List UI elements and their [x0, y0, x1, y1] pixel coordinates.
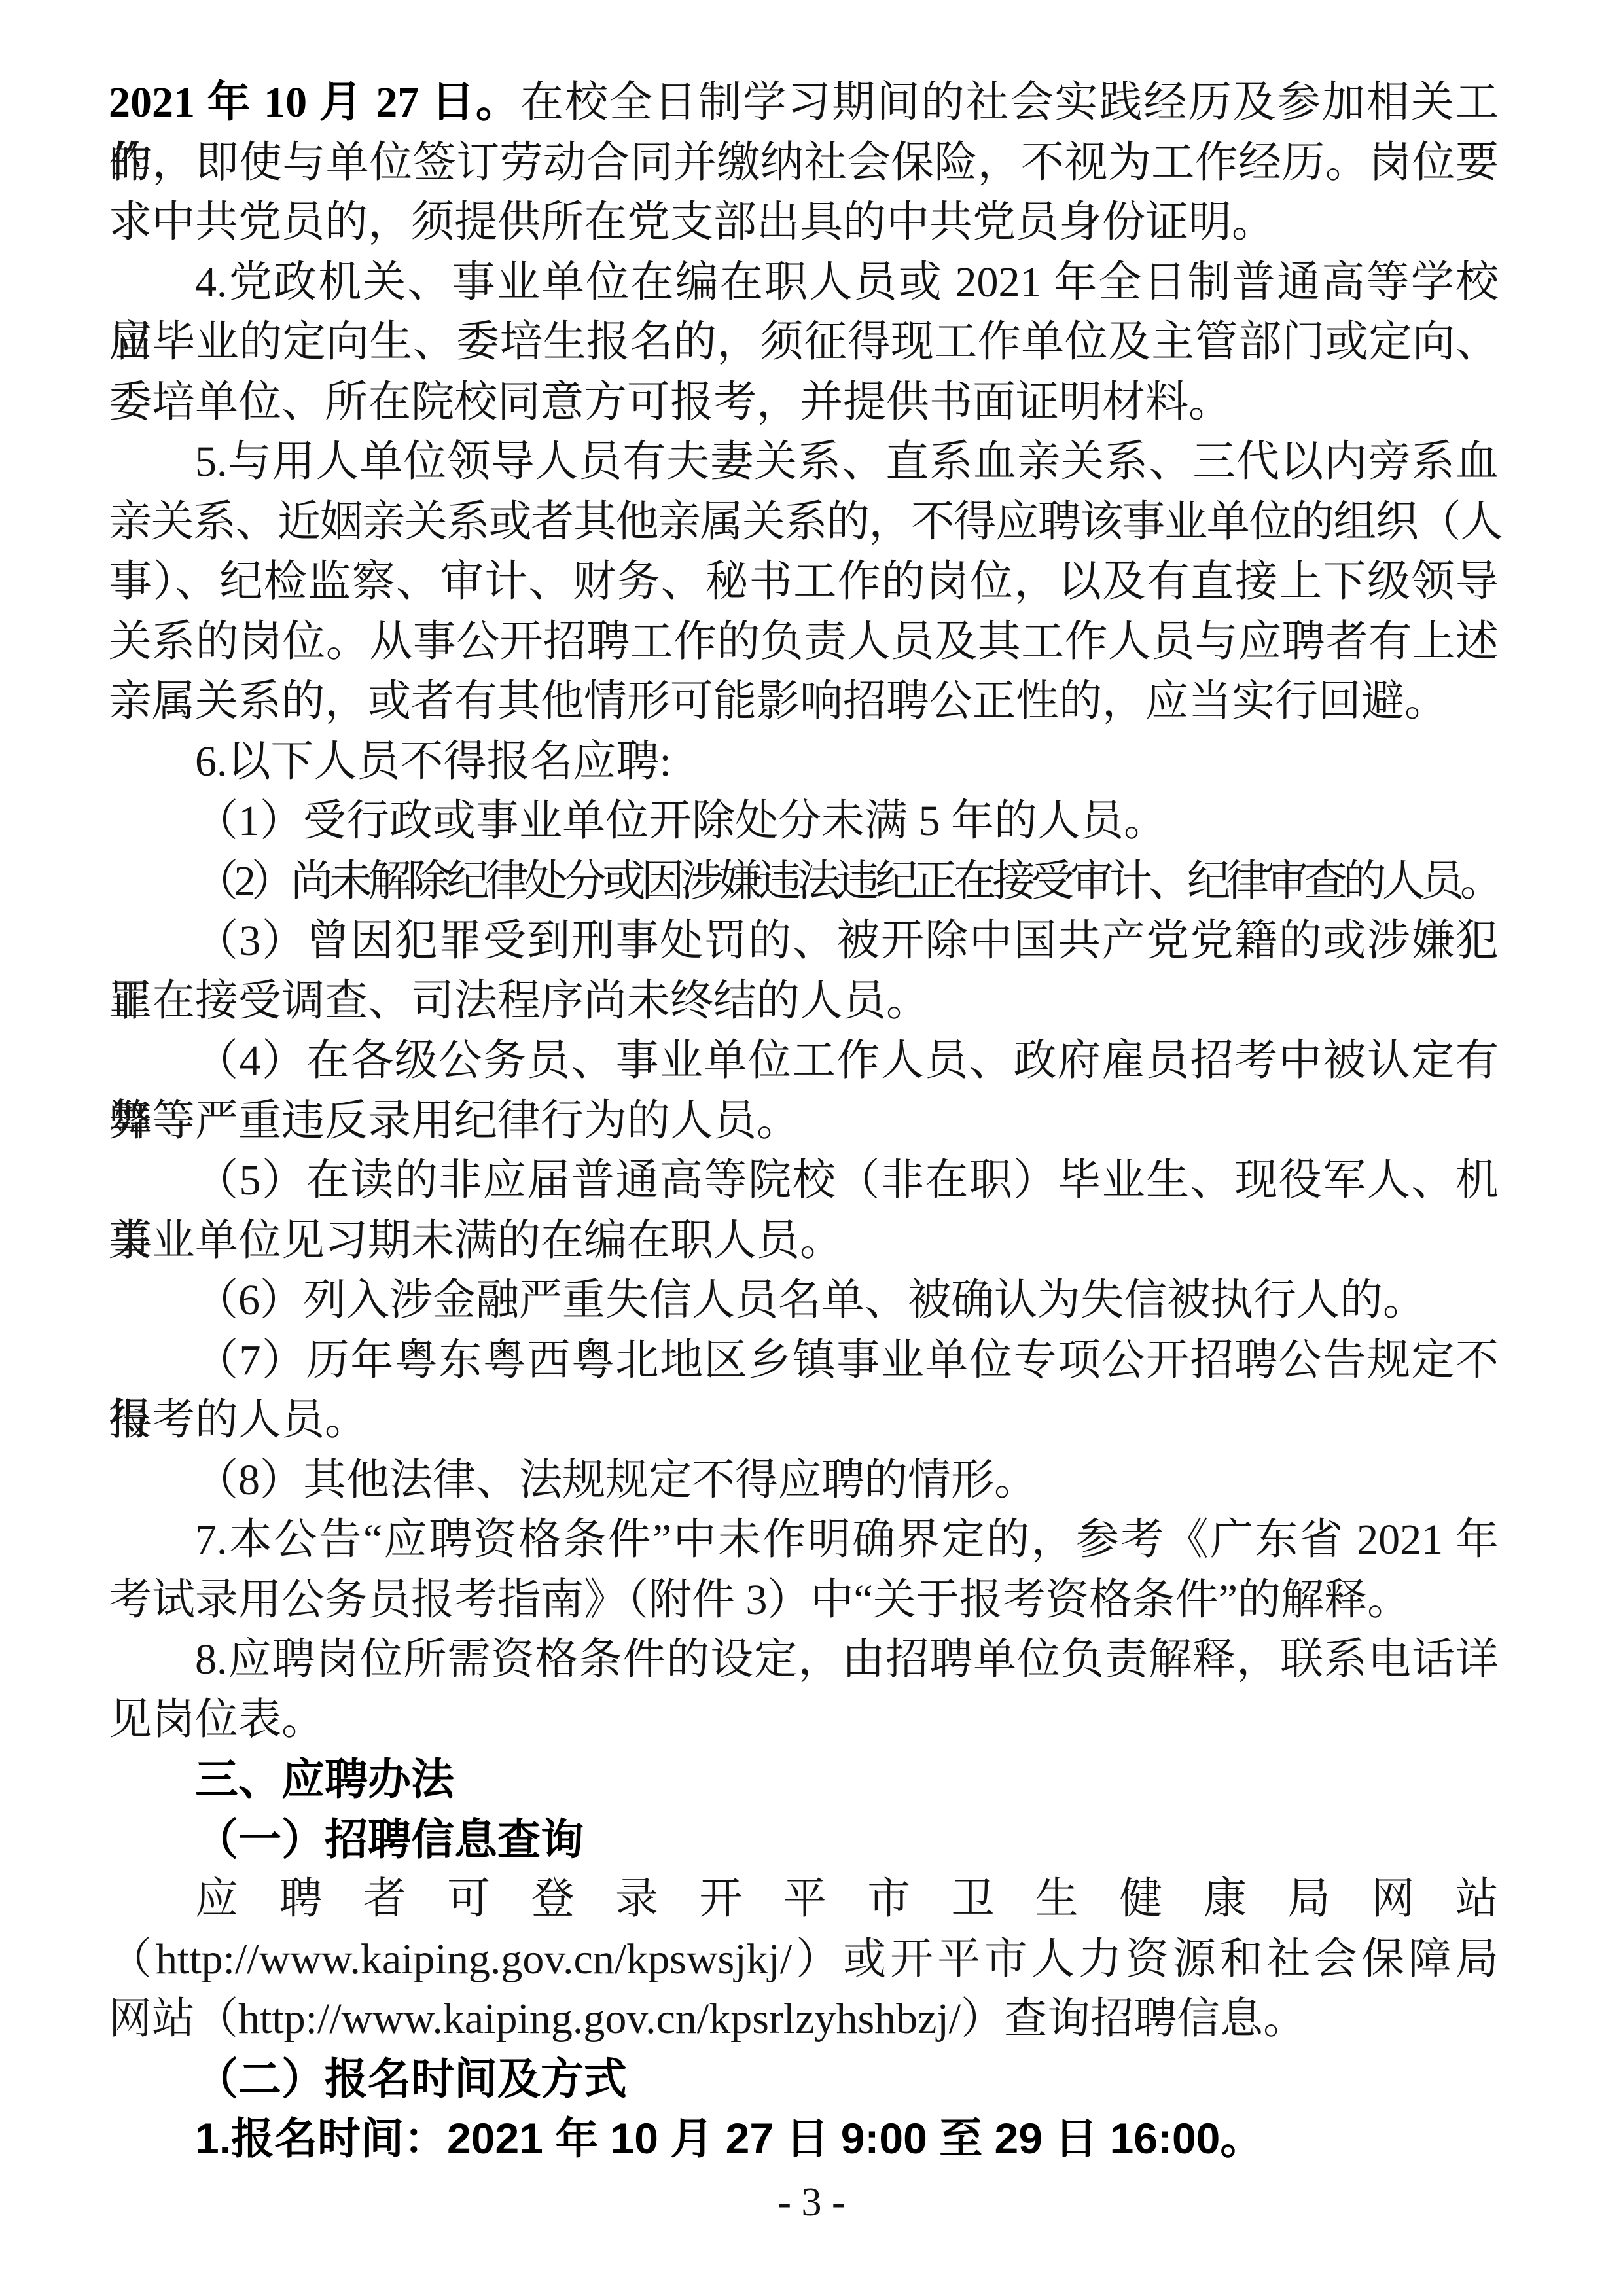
bold-text-segment: 三、应聘办法	[195, 1755, 454, 1803]
text-line: （5）在读的非应届普通高等院校（非在职）毕业生、现役军人、机关	[109, 1151, 1499, 1211]
text-line: 考试录用公务员报考指南》（附件 3）中“关于报考资格条件”的解释。	[109, 1570, 1499, 1630]
text-line: 正在接受调查、司法程序尚未终结的人员。	[109, 971, 1499, 1031]
distributed-char: 登	[531, 1869, 575, 1929]
text-line: 6.以下人员不得报名应聘:	[109, 732, 1499, 792]
text-segment: 5.与用人单位领导人员有夫妻关系、直系血亲关系、三代以内旁系血	[195, 438, 1499, 486]
distributed-char: 聘	[279, 1869, 322, 1929]
text-segment: （2）尚未解除纪律处分或因涉嫌违法违纪正在接受审计、纪律审查的人员。	[195, 857, 1499, 905]
text-line: 求中共党员的，须提供所在党支部出具的中共党员身份证明。	[109, 192, 1499, 253]
text-segment: 8.应聘岗位所需资格条件的设定，由招聘单位负责解释，联系电话详	[195, 1636, 1499, 1683]
distributed-char: 站	[1455, 1869, 1499, 1929]
distributed-char: 局	[1287, 1869, 1330, 1929]
text-segment: 正在接受调查、司法程序尚未终结的人员。	[109, 977, 929, 1025]
text-segment: 报考的人员。	[109, 1396, 368, 1444]
section-heading: （二）报名时间及方式	[109, 2049, 1499, 2109]
text-line: 亲关系、近姻亲关系或者其他亲属关系的，不得应聘该事业单位的组织（人	[109, 492, 1499, 552]
bold-text-segment: （二）报名时间及方式	[195, 2054, 627, 2103]
distributed-char: 录	[615, 1869, 658, 1929]
text-line: （3）曾因犯罪受到刑事处罚的、被开除中国共产党党籍的或涉嫌犯罪	[109, 911, 1499, 971]
text-line: 2021 年 10 月 27 日。在校全日制学习期间的社会实践经历及参加相关工作	[109, 73, 1499, 133]
text-line: 应聘者可登录开平市卫生健康局网站	[109, 1869, 1499, 1929]
text-line: （8）其他法律、法规规定不得应聘的情形。	[109, 1450, 1499, 1511]
distributed-char: 卫	[952, 1869, 995, 1929]
bold-text-segment: （一）招聘信息查询	[195, 1815, 584, 1863]
distributed-char: 网	[1371, 1869, 1414, 1929]
document-page: 2021 年 10 月 27 日。在校全日制学习期间的社会实践经历及参加相关工作…	[0, 0, 1623, 2296]
text-line: 7.本公告“应聘资格条件”中未作明确界定的，参考《广东省 2021 年	[109, 1510, 1499, 1570]
text-line: 的，即使与单位签订劳动合同并缴纳社会保险，不视为工作经历。岗位要	[109, 133, 1499, 193]
text-segment: 事）、纪检监察、审计、财务、秘书工作的岗位，以及有直接上下级领导	[109, 558, 1499, 605]
text-line: 关系的岗位。从事公开招聘工作的负责人员及其工作人员与应聘者有上述	[109, 612, 1499, 672]
text-line: 5.与用人单位领导人员有夫妻关系、直系血亲关系、三代以内旁系血	[109, 432, 1499, 492]
text-line: 8.应聘岗位所需资格条件的设定，由招聘单位负责解释，联系电话详	[109, 1630, 1499, 1690]
text-segment: 亲属关系的，或者有其他情形可能影响招聘公正性的，应当实行回避。	[109, 677, 1448, 725]
text-line: （7）历年粤东粤西粤北地区乡镇事业单位专项公开招聘公告规定不得	[109, 1331, 1499, 1391]
bold-text-segment: 2021 年 10 月 27 日。	[109, 79, 520, 126]
text-line: 报考的人员。	[109, 1390, 1499, 1450]
text-segment: 网站（http://www.kaiping.gov.cn/kpsrlzyhshb…	[109, 1995, 1306, 2043]
text-line: 亲属关系的，或者有其他情形可能影响招聘公正性的，应当实行回避。	[109, 672, 1499, 732]
distributed-char: 者	[363, 1869, 406, 1929]
text-segment: 考试录用公务员报考指南》（附件 3）中“关于报考资格条件”的解释。	[109, 1576, 1410, 1624]
text-line: 事业单位见习期未满的在编在职人员。	[109, 1211, 1499, 1271]
text-line: 4.党政机关、事业单位在编在职人员或 2021 年全日制普通高等学校应	[109, 253, 1499, 313]
text-line: （6）列入涉金融严重失信人员名单、被确认为失信被执行人的。	[109, 1270, 1499, 1331]
text-segment: 事业单位见习期未满的在编在职人员。	[109, 1217, 843, 1265]
text-segment: 委培单位、所在院校同意方可报考，并提供书面证明材料。	[109, 378, 1232, 426]
text-line: 事）、纪检监察、审计、财务、秘书工作的岗位，以及有直接上下级领导	[109, 552, 1499, 612]
text-segment: （1）受行政或事业单位开除处分未满 5 年的人员。	[195, 797, 1167, 845]
document-body: 2021 年 10 月 27 日。在校全日制学习期间的社会实践经历及参加相关工作…	[109, 73, 1499, 2169]
bold-text-segment: 1.报名时间：2021 年 10 月 27 日 9:00 至 29 日 16:0…	[195, 2114, 1263, 2162]
text-segment: 7.本公告“应聘资格条件”中未作明确界定的，参考《广东省 2021 年	[195, 1516, 1499, 1564]
distributed-char: 生	[1035, 1869, 1079, 1929]
distributed-char: 康	[1204, 1869, 1247, 1929]
text-segment: 的，即使与单位签订劳动合同并缴纳社会保险，不视为工作经历。岗位要	[109, 139, 1499, 187]
text-segment: 弊等严重违反录用纪律行为的人员。	[109, 1097, 800, 1145]
distributed-char: 健	[1119, 1869, 1162, 1929]
section-heading: （一）招聘信息查询	[109, 1810, 1499, 1870]
distributed-char: 可	[447, 1869, 490, 1929]
text-line: 见岗位表。	[109, 1690, 1499, 1750]
text-segment: 届毕业的定向生、委培生报名的，须征得现工作单位及主管部门或定向、	[109, 318, 1499, 366]
text-line: 届毕业的定向生、委培生报名的，须征得现工作单位及主管部门或定向、	[109, 312, 1499, 372]
section-heading: 1.报名时间：2021 年 10 月 27 日 9:00 至 29 日 16:0…	[109, 2109, 1499, 2169]
text-line: 弊等严重违反录用纪律行为的人员。	[109, 1091, 1499, 1151]
text-line: （1）受行政或事业单位开除处分未满 5 年的人员。	[109, 791, 1499, 852]
text-segment: 亲关系、近姻亲关系或者其他亲属关系的，不得应聘该事业单位的组织（人	[109, 498, 1499, 546]
text-line: （http://www.kaiping.gov.cn/kpswsjkj/）或开平…	[109, 1929, 1499, 1990]
text-segment: （8）其他法律、法规规定不得应聘的情形。	[195, 1456, 1037, 1504]
distributed-char: 应	[195, 1869, 238, 1929]
text-line: 网站（http://www.kaiping.gov.cn/kpsrlzyhshb…	[109, 1989, 1499, 2049]
text-segment: （http://www.kaiping.gov.cn/kpswsjkj/）或开平…	[109, 1935, 1499, 1983]
distributed-char: 市	[867, 1869, 910, 1929]
text-line: （2）尚未解除纪律处分或因涉嫌违法违纪正在接受审计、纪律审查的人员。	[109, 852, 1499, 912]
text-segment: 关系的岗位。从事公开招聘工作的负责人员及其工作人员与应聘者有上述	[109, 618, 1499, 666]
text-segment: （6）列入涉金融严重失信人员名单、被确认为失信被执行人的。	[195, 1276, 1426, 1324]
text-segment: 6.以下人员不得报名应聘:	[195, 738, 671, 785]
distributed-char: 开	[699, 1869, 742, 1929]
text-line: 委培单位、所在院校同意方可报考，并提供书面证明材料。	[109, 372, 1499, 433]
text-segment: 求中共党员的，须提供所在党支部出具的中共党员身份证明。	[109, 198, 1275, 246]
text-segment: 见岗位表。	[109, 1696, 325, 1744]
section-heading: 三、应聘办法	[109, 1749, 1499, 1810]
page-number: - 3 -	[0, 2179, 1623, 2225]
text-line: （4）在各级公务员、事业单位工作人员、政府雇员招考中被认定有舞	[109, 1031, 1499, 1091]
distributed-char: 平	[783, 1869, 827, 1929]
